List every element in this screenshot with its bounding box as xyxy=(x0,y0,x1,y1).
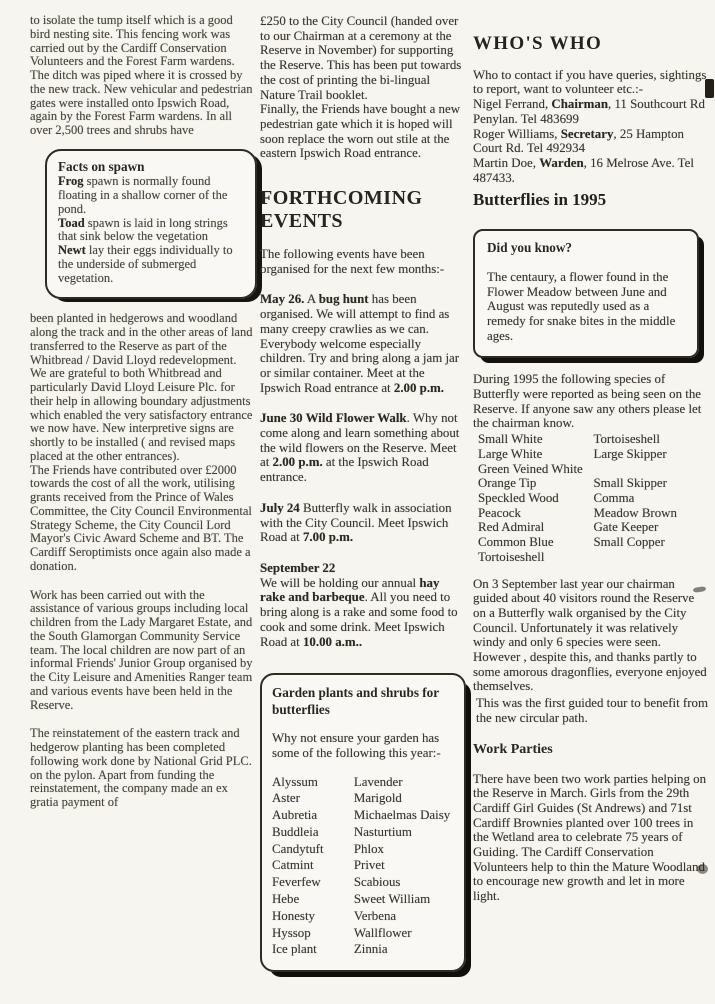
planting-paragraph: been planted in hedgerows and woodland a… xyxy=(30,312,255,367)
cell: Orange Tip xyxy=(478,476,594,491)
cell: Gate Keeper xyxy=(594,520,710,535)
work-parties-heading: Work Parties xyxy=(473,742,709,758)
cell: Large White xyxy=(478,447,594,462)
garden-plant-row: Ice plantZinnia xyxy=(272,941,454,958)
cell: Meadow Brown xyxy=(594,506,710,521)
butterfly-species-list: Small WhiteTortoiseshellLarge WhiteLarge… xyxy=(473,432,709,564)
cell: Wallflower xyxy=(354,925,454,942)
cell: Michaelmas Daisy xyxy=(354,807,454,824)
butterfly-row: Orange TipSmall Skipper xyxy=(478,476,709,491)
scan-artifact xyxy=(705,79,714,98)
event-september-22: September 22 We will be holding our annu… xyxy=(260,561,466,649)
cell: Ice plant xyxy=(272,941,354,958)
september-walk-paragraph: On 3 September last year our chairman gu… xyxy=(473,577,709,695)
cell xyxy=(594,462,710,477)
contact-secretary: Roger Williams, Secretary, 25 Hampton Co… xyxy=(473,127,709,156)
garden-plants-title: Garden plants and shrubs for butterflies xyxy=(272,685,454,718)
did-you-know-box: Did you know? The centaury, a flower fou… xyxy=(473,229,699,358)
pedestrian-gate-paragraph: Finally, the Friends have bought a new p… xyxy=(260,102,466,161)
garden-plant-row: FeverfewScabious xyxy=(272,874,454,891)
reinstatement-paragraph: The reinstatement of the eastern track a… xyxy=(30,727,255,810)
whos-who-heading: WHO'S WHO xyxy=(473,33,709,55)
left-column: to isolate the tump itself which is a go… xyxy=(30,14,255,810)
butterfly-row: Green Veined White xyxy=(478,462,709,477)
cell: Small Copper xyxy=(594,535,710,550)
cell: Red Admiral xyxy=(478,520,594,535)
butterfly-row: Common BlueSmall Copper xyxy=(478,535,709,550)
garden-plant-row: HonestyVerbena xyxy=(272,908,454,925)
cell: Alyssum xyxy=(272,774,354,791)
cell xyxy=(594,550,710,565)
butterfly-row: Small WhiteTortoiseshell xyxy=(478,432,709,447)
cell: Comma xyxy=(594,491,710,506)
forthcoming-events-heading: FORTHCOMING EVENTS xyxy=(260,187,466,233)
spawn-fact-frog: Frog spawn is normally found floating in… xyxy=(58,175,244,216)
cell: Catmint xyxy=(272,857,354,874)
cell: Hyssop xyxy=(272,925,354,942)
did-you-know-text: The centaury, a flower found in the Flow… xyxy=(487,270,685,344)
event-may-26: May 26. A bug hunt has been organised. W… xyxy=(260,292,466,395)
cell: Lavender xyxy=(354,774,454,791)
butterfly-row: PeacockMeadow Brown xyxy=(478,506,709,521)
cell: Aster xyxy=(272,790,354,807)
cell: Speckled Wood xyxy=(478,491,594,506)
contact-warden: Martin Doe, Warden, 16 Melrose Ave. Tel … xyxy=(473,156,709,185)
whitbread-paragraph: We are grateful to both Whitbread and pa… xyxy=(30,367,255,463)
cell: Green Veined White xyxy=(478,462,594,477)
cell: Large Skipper xyxy=(594,447,710,462)
cell: Feverfew xyxy=(272,874,354,891)
facts-on-spawn-box: Facts on spawn Frog spawn is normally fo… xyxy=(45,149,257,300)
newsletter-page: to isolate the tump itself which is a go… xyxy=(0,0,715,1004)
cell: Verbena xyxy=(354,908,454,925)
work-parties-paragraph: There have been two work parties helping… xyxy=(473,772,709,904)
garden-plant-row: HyssopWallflower xyxy=(272,925,454,942)
garden-plant-row: HebeSweet William xyxy=(272,891,454,908)
garden-plants-list: AlyssumLavenderAsterMarigoldAubretiaMich… xyxy=(272,774,454,958)
butterfly-intro-paragraph: During 1995 the following species of But… xyxy=(473,372,709,431)
events-intro: The following events have been organised… xyxy=(260,247,466,276)
facts-on-spawn-title: Facts on spawn xyxy=(58,159,244,176)
garden-plants-intro: Why not ensure your garden has some of t… xyxy=(272,731,454,760)
middle-column: £250 to the City Council (handed over to… xyxy=(260,14,466,972)
cell: Hebe xyxy=(272,891,354,908)
event-july-24: July 24 Butterfly walk in association wi… xyxy=(260,501,466,545)
cell: Candytuft xyxy=(272,841,354,858)
cell: Tortoiseshell xyxy=(594,432,710,447)
cell: Common Blue xyxy=(478,535,594,550)
contact-chairman: Nigel Ferrand, Chairman, 11 Southcourt R… xyxy=(473,97,709,126)
cell: Aubretia xyxy=(272,807,354,824)
cell: Privet xyxy=(354,857,454,874)
did-you-know-title: Did you know? xyxy=(487,240,685,257)
cell: Honesty xyxy=(272,908,354,925)
cell: Small Skipper xyxy=(594,476,710,491)
cell: Scabious xyxy=(354,874,454,891)
work-groups-paragraph: Work has been carried out with the assis… xyxy=(30,589,255,713)
cell: Nasturtium xyxy=(354,824,454,841)
cell: Buddleia xyxy=(272,824,354,841)
cell: Marigold xyxy=(354,790,454,807)
garden-plant-row: CandytuftPhlox xyxy=(272,841,454,858)
garden-plant-row: AsterMarigold xyxy=(272,790,454,807)
whos-who-intro: Who to contact if you have queries, sigh… xyxy=(473,68,709,97)
fencing-paragraph: to isolate the tump itself which is a go… xyxy=(30,14,255,138)
garden-plant-row: BuddleiaNasturtium xyxy=(272,824,454,841)
guided-tour-paragraph: This was the first guided tour to benefi… xyxy=(473,696,709,725)
garden-plants-box: Garden plants and shrubs for butterflies… xyxy=(260,673,466,972)
butterfly-row: Tortoiseshell xyxy=(478,550,709,565)
cell: Zinnia xyxy=(354,941,454,958)
council-payment-paragraph: £250 to the City Council (handed over to… xyxy=(260,14,466,102)
cell: Peacock xyxy=(478,506,594,521)
garden-plant-row: AlyssumLavender xyxy=(272,774,454,791)
butterfly-row: Speckled WoodComma xyxy=(478,491,709,506)
cell: Sweet William xyxy=(354,891,454,908)
cell: Tortoiseshell xyxy=(478,550,594,565)
garden-plant-row: AubretiaMichaelmas Daisy xyxy=(272,807,454,824)
cell: Phlox xyxy=(354,841,454,858)
scan-artifact xyxy=(697,864,708,874)
cell: Small White xyxy=(478,432,594,447)
grants-paragraph: The Friends have contributed over £2000 … xyxy=(30,464,255,574)
right-column: WHO'S WHO Who to contact if you have que… xyxy=(473,20,709,904)
garden-plant-row: CatmintPrivet xyxy=(272,857,454,874)
butterfly-row: Red AdmiralGate Keeper xyxy=(478,520,709,535)
butterfly-row: Large WhiteLarge Skipper xyxy=(478,447,709,462)
spawn-fact-toad: Toad spawn is laid in long strings that … xyxy=(58,217,244,245)
event-june-30: June 30 Wild Flower Walk. Why not come a… xyxy=(260,411,466,485)
spawn-fact-newt: Newt lay their eggs individually to the … xyxy=(58,244,244,285)
butterflies-1995-heading: Butterflies in 1995 xyxy=(473,190,709,210)
